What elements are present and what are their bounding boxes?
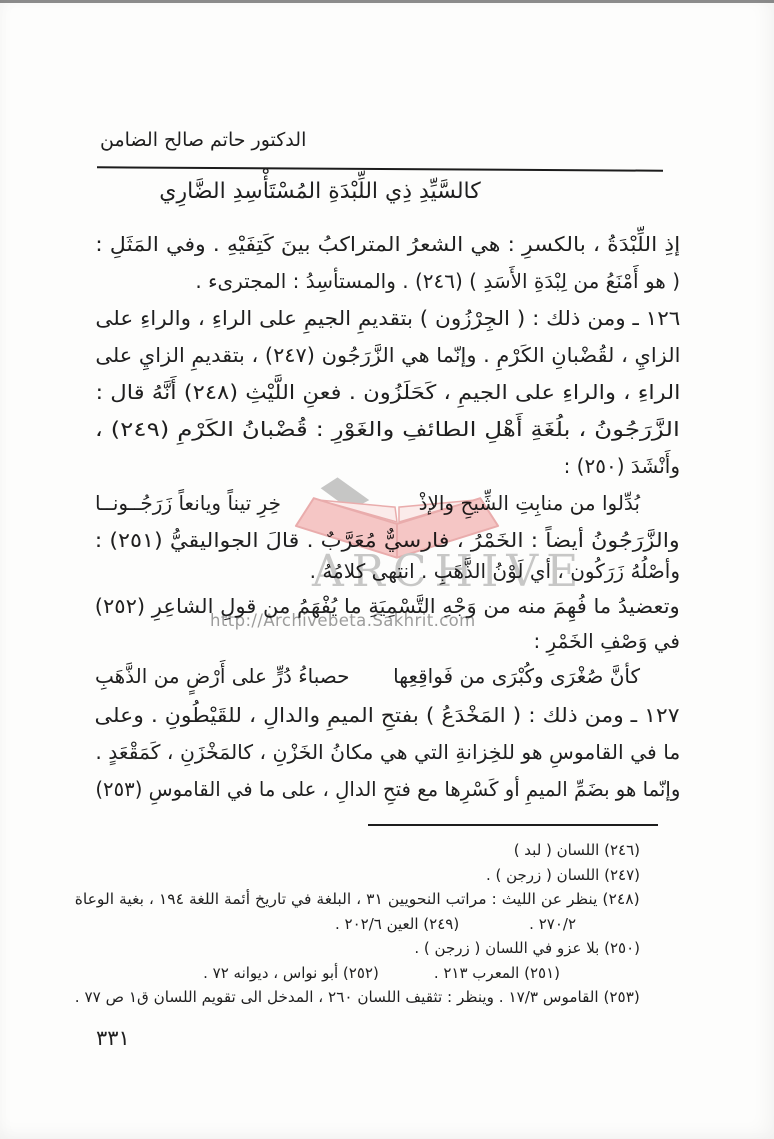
footnote-line: (٢٤٨) ينظر عن الليث : مراتب النحويين ٣١ … xyxy=(75,887,640,912)
footnote-text: (٢٥٠) بلا عزو في اللسان ( زرجن ) . xyxy=(414,936,640,961)
body-block-1: إذِ اللِّبْدَةُ ، بالكسرِ : هي الشعرُ ال… xyxy=(95,226,680,559)
body-line-text: وتعضيدُ ما فُهِمَ منه من وَجْهِ التَّسْم… xyxy=(95,589,680,624)
footnote-text: (٢٥٢) أبو نواس ، ديوانه ٧٢ . xyxy=(203,964,379,982)
header-rule xyxy=(97,166,663,171)
poetry-line: بُدِّلوا من منابِتِ الشِّيحِ والإذْ خِرِ… xyxy=(95,485,680,522)
scanned-book-page: الدكتور حاتم صالح الضامن كالسَّيِّدِ ذِي… xyxy=(0,0,774,1139)
body-line-text: إذِ اللِّبْدَةُ ، بالكسرِ : هي الشعرُ ال… xyxy=(95,226,680,263)
poetry-hemistich-first: بُدِّلوا من منابِتِ الشِّيحِ والإذْ xyxy=(419,485,640,522)
footnote-line: (٢٥٠) بلا عزو في اللسان ( زرجن ) . xyxy=(75,936,640,961)
poetry-hemistich-first: كأنَّ صُغْرَى وكُبْرَى من فَواقِعِها xyxy=(393,659,640,694)
body-block-2: وأصْلُهُ زَرَكُون ، أي لَوْنُ الذَّهَبِ … xyxy=(95,554,680,694)
footnote-continuation-text: ٢٧٠/٢ . xyxy=(529,915,576,933)
body-line: ما في القاموسِ هو للخِزانةِ التي هي مكان… xyxy=(95,734,680,771)
page-header-author: الدكتور حاتم صالح الضامن xyxy=(100,129,306,151)
page-number: ٣٣١ xyxy=(96,1026,130,1050)
body-line: ١٢٦ ـ ومن ذلك : ( الجِرْزُون ) بتقديمِ ا… xyxy=(95,300,680,337)
body-line-text: وإنّما هو بضَمِّ الميمِ أو كَسْرِها مع ف… xyxy=(95,771,680,808)
body-line: الراءِ ، والراءِ على الجيمِ ، كَحَلَزُون… xyxy=(95,374,680,411)
body-line-text: وأصْلُهُ زَرَكُون ، أي لَوْنُ الذَّهَبِ … xyxy=(310,554,680,589)
footnote-line: (٢٥٣) القاموس ١٧/٣ . وينظر : تثقيف اللسا… xyxy=(75,985,640,1010)
body-line-text: وأَنْشَدَ (٢٥٠) : xyxy=(564,448,680,485)
footnote-text: (٢٥١) المعرب ٢١٣ . xyxy=(434,964,560,982)
body-line-text: ما في القاموسِ هو للخِزانةِ التي هي مكان… xyxy=(95,734,680,771)
footnote-text: (٢٤٧) اللسان ( زرجن ) . xyxy=(486,863,640,888)
footnote-line: (٢٤٧) اللسان ( زرجن ) . xyxy=(75,863,640,888)
body-line-text: ( هو أَمْنَعُ من لِبْدَةِ الأَسَدِ ) (٢٤… xyxy=(195,263,680,300)
body-line-text: ١٢٧ ـ ومن ذلك : ( المَخْدَعُ ) بفتحِ الم… xyxy=(95,697,680,734)
footnote-text: (٢٤٨) ينظر عن الليث : مراتب النحويين ٣١ … xyxy=(75,887,640,912)
body-line: وتعضيدُ ما فُهِمَ منه من وَجْهِ التَّسْم… xyxy=(95,589,680,624)
body-block-3: ١٢٧ ـ ومن ذلك : ( المَخْدَعُ ) بفتحِ الم… xyxy=(95,697,680,808)
body-line: وإنّما هو بضَمِّ الميمِ أو كَسْرِها مع ف… xyxy=(95,771,680,808)
footnote-line: (٢٥١) المعرب ٢١٣ .(٢٥٢) أبو نواس ، ديوان… xyxy=(75,961,640,986)
footnote-text: (٢٤٩) العين ٢٠٢/٦ . xyxy=(335,915,459,933)
poetry-hemistich-second: حصباءُ دُرٍّ على أَرْضٍ من الذَّهَبِ xyxy=(95,659,349,694)
footnote-line: ٢٧٠/٢ .(٢٤٩) العين ٢٠٢/٦ . xyxy=(75,912,640,937)
footnote-separator-rule xyxy=(368,824,658,826)
body-line: إذِ اللِّبْدَةُ ، بالكسرِ : هي الشعرُ ال… xyxy=(95,226,680,263)
body-line-text: ١٢٦ ـ ومن ذلك : ( الجِرْزُون ) بتقديمِ ا… xyxy=(95,300,680,337)
body-line-text: الزَّرَجُونُ ، بلُغَةِ أَهْلِ الطائفِ وا… xyxy=(95,411,680,448)
poetry-line: كأنَّ صُغْرَى وكُبْرَى من فَواقِعِها حصب… xyxy=(95,659,680,694)
body-line: في وَصْفِ الخَمْرِ : xyxy=(95,624,680,659)
body-line: الزايِ ، لقُضْبانِ الكَرْمِ . وإنّما هي … xyxy=(95,337,680,374)
footnote-text: (٢٥٣) القاموس ١٧/٣ . وينظر : تثقيف اللسا… xyxy=(75,985,640,1010)
section-heading: كالسَّيِّدِ ذِي اللِّبْدَةِ المُسْتَأْسِ… xyxy=(40,179,600,204)
poetry-hemistich-second: خِرِ تيناً ويانعاً زَرَجُــونــا xyxy=(95,485,281,522)
body-line: وأَنْشَدَ (٢٥٠) : xyxy=(95,448,680,485)
body-line-text: في وَصْفِ الخَمْرِ : xyxy=(533,624,680,659)
body-line: الزَّرَجُونُ ، بلُغَةِ أَهْلِ الطائفِ وا… xyxy=(95,411,680,448)
body-line: ١٢٧ ـ ومن ذلك : ( المَخْدَعُ ) بفتحِ الم… xyxy=(95,697,680,734)
footnotes-block: (٢٤٦) اللسان ( لبد ) (٢٤٧) اللسان ( زرجن… xyxy=(75,838,640,1010)
body-line-text: الزايِ ، لقُضْبانِ الكَرْمِ . وإنّما هي … xyxy=(95,337,680,374)
body-line: ( هو أَمْنَعُ من لِبْدَةِ الأَسَدِ ) (٢٤… xyxy=(95,263,680,300)
footnote-text: (٢٤٦) اللسان ( لبد ) xyxy=(514,838,640,863)
body-line: وأصْلُهُ زَرَكُون ، أي لَوْنُ الذَّهَبِ … xyxy=(95,554,680,589)
footnote-line: (٢٤٦) اللسان ( لبد ) xyxy=(75,838,640,863)
scan-top-edge xyxy=(0,0,774,3)
body-line-text: الراءِ ، والراءِ على الجيمِ ، كَحَلَزُون… xyxy=(95,374,680,411)
